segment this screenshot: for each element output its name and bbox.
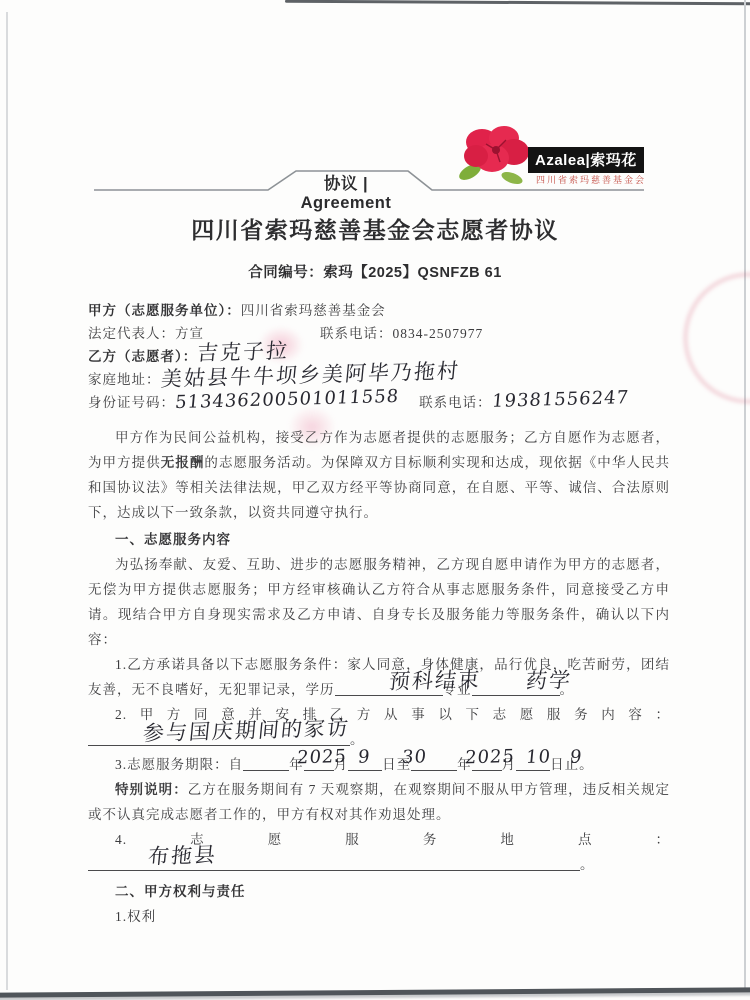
item1-conditions: 1.乙方承诺具备以下志愿服务条件：家人同意，身体健康，品行优良，吃苦耐劳，团结友… (88, 652, 670, 702)
item3-prefix: 3.志愿服务期限：自 (115, 757, 243, 772)
special-note: 特别说明：乙方在服务期间有 7 天观察期，在观察期间不服从甲方管理，违反相关规定… (88, 777, 670, 827)
party-a-phone-value: 0834-2507977 (393, 326, 484, 341)
section2-sub1: 1.权利 (88, 904, 670, 929)
scan-left-edge (6, 12, 8, 990)
address-label: 家庭地址： (88, 372, 161, 387)
section2-heading: 二、甲方权利与责任 (88, 879, 670, 904)
party-a-value: 四川省索玛慈善基金会 (241, 303, 386, 318)
location-handwriting: 布拖县 (120, 847, 217, 866)
party-b-name-handwriting: 吉克子拉 (197, 343, 290, 362)
scan-bottom-edge (0, 987, 750, 997)
party-a-phone-label: 联系电话： (320, 326, 393, 341)
item2-service-content: 2.甲方同意并安排乙方从事以下志愿服务内容：参与国庆期间的家访。 (88, 702, 670, 752)
day-to-blank: 9 (516, 752, 550, 771)
preamble-bold-unpaid: 无报酬 (161, 455, 205, 470)
item4-service-location: 4.志愿服务地点：布拖县。 (88, 827, 670, 877)
scanned-agreement-page: 协议 | Agreement Azalea|索玛花 四川省索玛慈善基金会 四川省… (0, 0, 750, 1000)
legal-rep-label: 法定代表人： (88, 326, 175, 341)
section1-heading: 一、志愿服务内容 (88, 527, 670, 552)
party-b-label: 乙方（志愿者）： (88, 349, 197, 364)
red-seal-arc (684, 273, 750, 403)
id-label: 身份证号码： (88, 395, 175, 410)
legal-rep-line: 法定代表人：方宣联系电话：0834-2507977 (88, 322, 670, 345)
service-content-blank: 参与国庆期间的家访 (88, 727, 350, 746)
day-from-blank: 30 (348, 752, 382, 771)
month-to-blank: 10 (472, 752, 502, 771)
scan-right-edge (744, 0, 746, 992)
scan-top-edge (285, 0, 750, 5)
party-a-line: 甲方（志愿服务单位）：四川省索玛慈善基金会 (88, 299, 670, 322)
major-handwriting: 药学 (498, 672, 572, 690)
foundation-logo: Azalea|索玛花 四川省索玛慈善基金会 (452, 118, 662, 193)
address-handwriting: 美姑县牛牛坝乡美阿毕乃拖村 (160, 363, 460, 387)
banner-agreement-label: 协议 | Agreement (283, 170, 409, 213)
party-b-phone-label: 联系电话： (419, 395, 492, 410)
section1-intro: 为弘扬奉献、友爱、互助、进步的志愿服务精神，乙方现自愿申请作为甲方的志愿者，无偿… (88, 552, 670, 652)
party-b-phone-handwriting: 19381556247 (491, 390, 629, 410)
contract-number: 合同编号：索玛【2025】QSNFZB 61 (0, 261, 750, 282)
item4-period: 。 (580, 857, 595, 872)
location-blank: 布拖县 (88, 852, 580, 871)
month-from-blank: 9 (304, 752, 334, 771)
document-body: 甲方（志愿服务单位）：四川省索玛慈善基金会 法定代表人：方宣联系电话：0834-… (88, 299, 670, 929)
logo-org-name: 四川省索玛慈善基金会 (528, 173, 654, 186)
major-blank: 药学 (472, 677, 560, 696)
party-a-label: 甲方（志愿服务单位）： (88, 303, 241, 318)
item2-period: 。 (350, 732, 365, 747)
education-blank: 预科结束 (335, 677, 443, 696)
preamble-paragraph: 甲方作为民间公益机构，接受乙方作为志愿者提供的志愿服务；乙方自愿作为志愿者，为甲… (88, 425, 670, 525)
id-number-handwriting: 513436200501011558 (174, 389, 400, 411)
year-to-blank: 2025 (411, 752, 457, 771)
document-title: 四川省索玛慈善基金会志愿者协议 (0, 212, 750, 245)
legal-rep-value: 方宣 (175, 326, 204, 341)
id-phone-line: 身份证号码：513436200501011558联系电话：19381556247 (88, 391, 670, 414)
year-from-blank: 2025 (243, 752, 289, 771)
logo-brand-text: Azalea|索玛花 (528, 147, 644, 173)
service-content-handwriting: 参与国庆期间的家访 (115, 720, 350, 743)
special-note-label: 特别说明： (115, 782, 188, 797)
day-to-handwriting: 9 (542, 749, 583, 766)
item3-service-term: 3.志愿服务期限：自2025年9月30日至2025年10月9日止。 (88, 752, 670, 777)
education-handwriting: 预科结束 (361, 671, 481, 690)
